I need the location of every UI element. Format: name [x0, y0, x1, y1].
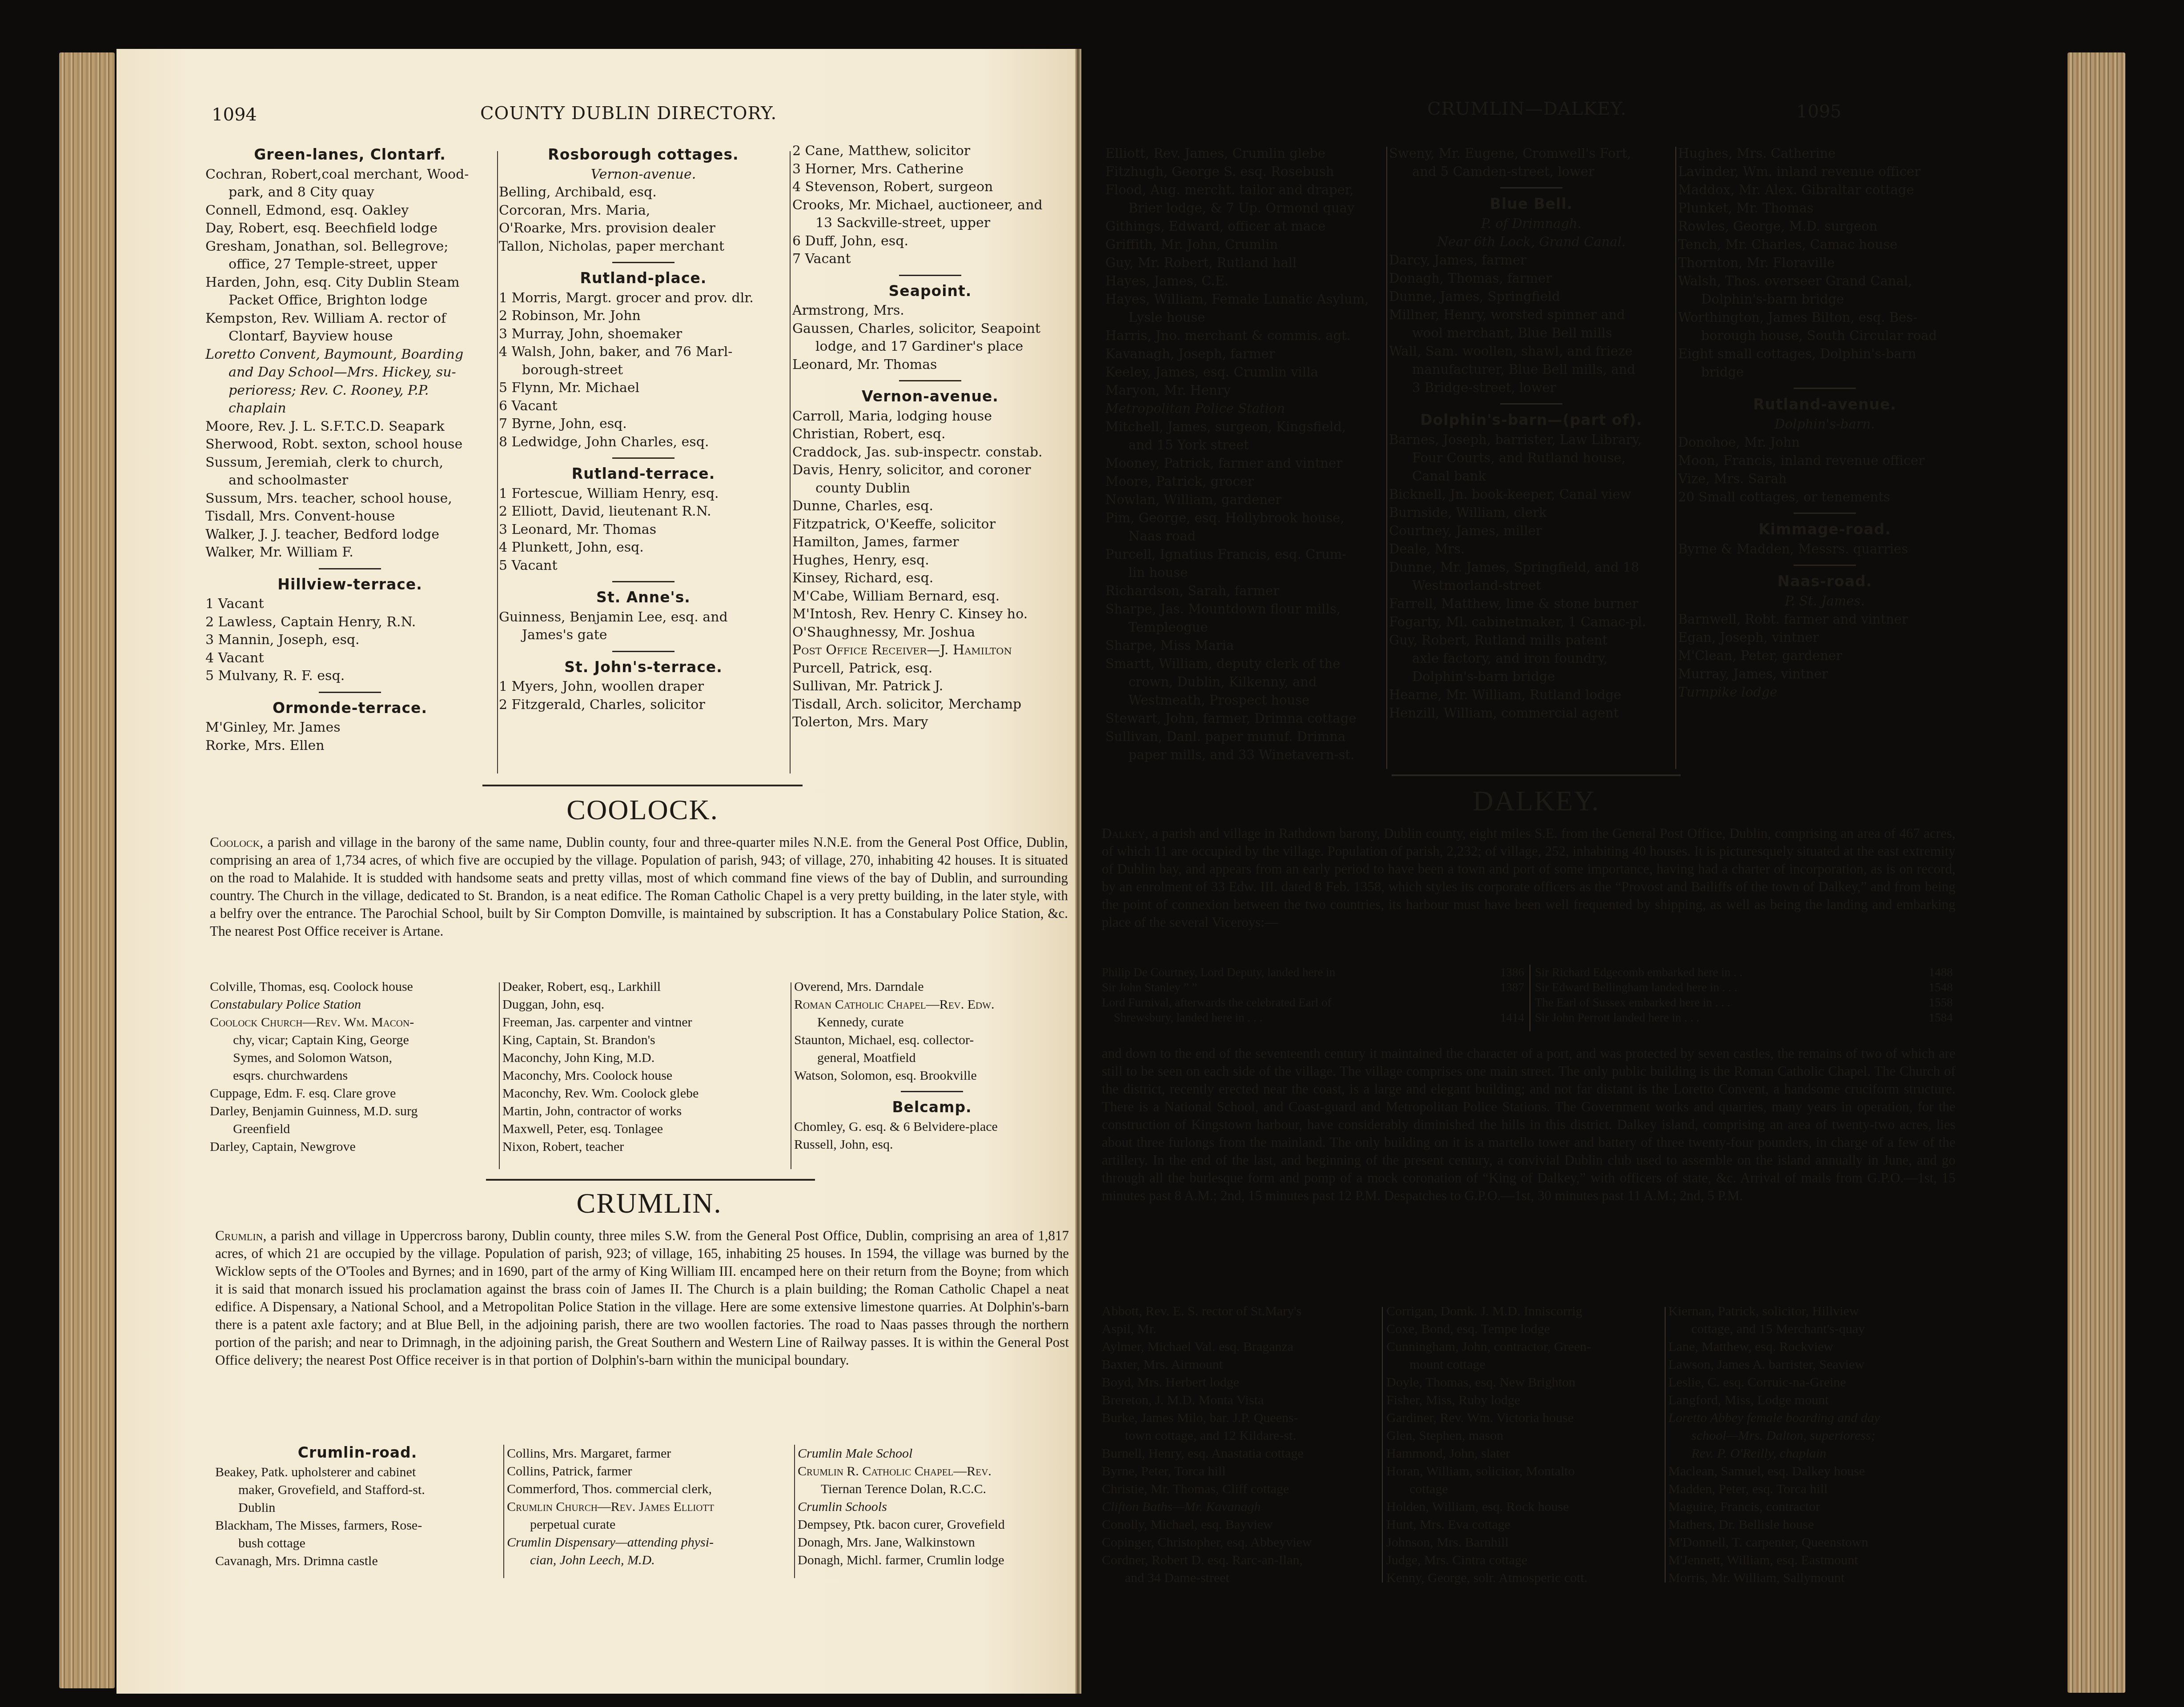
- entry-continuation: maker, Grovefield, and Stafford-st.: [215, 1481, 500, 1499]
- directory-entry: Watson, Solomon, esq. Brookville: [794, 1067, 1070, 1085]
- entry-text: Crumlin Male School: [798, 1445, 1073, 1463]
- directory-entry: Darley, Benjamin Guinness, M.D. surgGree…: [210, 1102, 494, 1138]
- entry-continuation: borough-street: [499, 361, 788, 380]
- directory-entry: Pim, George, esq. Hollybrook house,Naas …: [1105, 509, 1385, 545]
- directory-entry: Tolerton, Mrs. Mary: [792, 713, 1068, 732]
- entry-text: Tench, Mr. Charles, Camac house: [1678, 236, 1971, 254]
- column-divider: [499, 982, 500, 1169]
- entry-text: Crumlin R. Catholic Chapel—Rev.: [798, 1463, 1073, 1480]
- entry-text: Sherwood, Robt. sexton, school house: [205, 436, 494, 454]
- section-rule: [1392, 774, 1681, 776]
- entry-text: O'Roarke, Mrs. provision dealer: [499, 220, 788, 238]
- entry-text: Lavinder, Wm. inland revenue officer: [1678, 163, 1971, 181]
- directory-entry: Egan, Joseph, vintner: [1678, 629, 1971, 647]
- viceroy-year: 1548: [1929, 980, 1953, 995]
- entry-text: Donagh, Michl. farmer, Crumlin lodge: [798, 1551, 1073, 1569]
- section-rule: [486, 1179, 815, 1181]
- directory-entry: Metropolitan Police Station: [1105, 400, 1385, 418]
- directory-entry: Horan, William, solicitor, Montaltocotta…: [1386, 1463, 1662, 1498]
- directory-entry: Johnson, Mrs. Barnhill: [1386, 1534, 1662, 1551]
- entry-text: Loretto Convent, Baymount, Boarding: [205, 346, 494, 364]
- entry-text: Fisher, Miss, Ruby lodge: [1386, 1391, 1662, 1409]
- directory-entry: Fisher, Miss, Ruby lodge: [1386, 1391, 1662, 1409]
- entry-continuation: esqrs. churchwardens: [210, 1067, 494, 1085]
- directory-entry: 1 Morris, Margt. grocer and prov. dlr.: [499, 289, 788, 308]
- entry-text: Egan, Joseph, vintner: [1678, 629, 1971, 647]
- directory-entry: Maclean, Samuel, esq. Dalkey house: [1668, 1463, 1953, 1480]
- entry-text: Harris, Jno. merchant & commis. agt.: [1105, 327, 1385, 345]
- directory-entry: Judge, Mrs. Cintra cottage: [1386, 1551, 1662, 1569]
- directory-entry: 2 Robinson, Mr. John: [499, 307, 788, 325]
- entry-text: 4 Walsh, John, baker, and 76 Marl-: [499, 343, 788, 361]
- entry-text: Donagh, Thomas, farmer: [1389, 269, 1674, 288]
- directory-entry: Maconchy, Rev. Wm. Coolock glebe: [502, 1085, 787, 1102]
- entry-text: Burke, James Milo, bar. J.P. Queens-: [1102, 1409, 1377, 1427]
- viceroy-year: 1387: [1500, 980, 1524, 995]
- entry-text: Crumlin Church—Rev. James Elliott: [507, 1498, 791, 1516]
- directory-entry: Holden, William, esq. Rock house: [1386, 1498, 1662, 1516]
- entry-text: Staunton, Michael, esq. collector-: [794, 1031, 1070, 1049]
- entry-text: Moore, Rev. J. L. S.F.T.C.D. Seapark: [205, 418, 494, 436]
- entry-text: Donohoe, Mr. John: [1678, 433, 1971, 452]
- entry-text: Collins, Patrick, farmer: [507, 1463, 791, 1480]
- entry-text: 1 Fortescue, William Henry, esq.: [499, 485, 788, 503]
- directory-entry: M'Donnell, T. carpenter, Queenstown: [1668, 1534, 1953, 1551]
- entry-text: 2 Fitzgerald, Charles, solicitor: [499, 696, 788, 714]
- entry-text: Smartt, William, deputy clerk of the: [1105, 655, 1385, 673]
- dalkey-column-2: Corrigan, Domk. J. M.D. InniscorrigCoxe,…: [1386, 1302, 1662, 1587]
- directory-entry: Deaker, Robert, esq., Larkhill: [502, 978, 787, 996]
- entry-text: Mathers, Dr. Bellisle house: [1668, 1516, 1953, 1534]
- entry-continuation: and 5 Camden-street, lower: [1389, 163, 1674, 181]
- directory-entry: M'Ginley, Mr. James: [205, 719, 494, 737]
- directory-entry: Guy, Robert, Rutland mills patentaxle fa…: [1389, 631, 1674, 686]
- directory-entry: Sussum, Jeremiah, clerk to church,and sc…: [205, 454, 494, 490]
- entry-continuation: wool merchant, Blue Bell mills: [1389, 324, 1674, 342]
- entry-text: Connell, Edmond, esq. Oakley: [205, 202, 494, 220]
- directory-entry: Copinger, Christopher, esq. Abbeyview: [1102, 1534, 1377, 1551]
- directory-entry: Crumlin R. Catholic Chapel—Rev.Tiernan T…: [798, 1463, 1073, 1498]
- directory-entry: Fitzpatrick, O'Keeffe, solicitor: [792, 516, 1068, 534]
- entry-continuation: Clontarf, Bayview house: [205, 328, 494, 346]
- entry-text: Keeley, James, esq. Crumlin villa: [1105, 363, 1385, 381]
- entry-text: Hughes, Mrs. Catherine: [1678, 144, 1971, 163]
- entry-text: Freeman, Jas. carpenter and vintner: [502, 1014, 787, 1031]
- entry-continuation: county Dublin: [792, 480, 1068, 498]
- directory-entry: Belling, Archibald, esq.: [499, 184, 788, 202]
- entry-text: Deaker, Robert, esq., Larkhill: [502, 978, 787, 996]
- entry-continuation: Brier lodge, & 7 Up. Ormond quay: [1105, 199, 1385, 217]
- entry-text: Moore, Patrick, grocer: [1105, 473, 1385, 491]
- directory-entry: Corcoran, Mrs. Maria,: [499, 202, 788, 220]
- directory-entry: Sullivan, Danl. paper munuf. Drimnapaper…: [1105, 728, 1385, 764]
- entry-text: Langford, Miss, Lodge mount: [1668, 1391, 1953, 1409]
- crumlin-column-3: Crumlin Male SchoolCrumlin R. Catholic C…: [798, 1445, 1073, 1569]
- entry-continuation: 3 Bridge-street, lower: [1389, 379, 1674, 397]
- street-subheading: P. St. James.: [1678, 592, 1971, 610]
- directory-entry: Donagh, Thomas, farmer: [1389, 269, 1674, 288]
- entry-text: Worthington, James Bilton, esq. Bes-: [1678, 309, 1971, 327]
- entry-text: Sussum, Mrs. teacher, school house,: [205, 490, 494, 508]
- directory-entry: Hearne, Mr. William, Rutland lodge: [1389, 686, 1674, 704]
- directory-entry: Barnwell, Robt. farmer and vintner: [1678, 610, 1971, 629]
- viceroy-row: The Earl of Sussex embarked here in . . …: [1535, 995, 1953, 1010]
- directory-entry: Tallon, Nicholas, paper merchant: [499, 238, 788, 256]
- entry-text: Maconchy, John King, M.D.: [502, 1049, 787, 1067]
- viceroy-text: Sir John Perrott landed here in . . .: [1535, 1010, 1699, 1025]
- entry-continuation: park, and 8 City quay: [205, 184, 494, 202]
- entry-text: Carroll, Maria, lodging house: [792, 408, 1068, 426]
- directory-entry: Deale, Mrs.: [1389, 540, 1674, 558]
- entry-text: Stewart, John, farmer, Drimna cottage: [1105, 709, 1385, 728]
- entry-text: Sussum, Jeremiah, clerk to church,: [205, 454, 494, 472]
- entry-text: Guy, Mr. Robert, Rutland hall: [1105, 254, 1385, 272]
- entry-text: Metropolitan Police Station: [1105, 400, 1385, 418]
- crumlin-title: CRUMLIN.: [485, 1187, 814, 1220]
- directory-entry: Moon, Francis, inland revenue officer: [1678, 452, 1971, 470]
- entry-text: 5 Vacant: [499, 557, 788, 575]
- entry-text: M'Cabe, William Bernard, esq.: [792, 588, 1068, 606]
- directory-entry: O'Roarke, Mrs. provision dealer: [499, 220, 788, 238]
- directory-entry: 3 Horner, Mrs. Catherine: [792, 160, 1068, 179]
- directory-entry: Lawson, James A. barrister, Seaview: [1668, 1356, 1953, 1374]
- entry-text: 1 Vacant: [205, 595, 494, 613]
- entry-text: Aylmer, Michael Val. esq. Braganza: [1102, 1338, 1377, 1356]
- entry-continuation: James's gate: [499, 626, 788, 645]
- entry-text: 7 Vacant: [792, 250, 1068, 268]
- entry-text: Purcell, Ignatius Francis, esq. Crum-: [1105, 545, 1385, 564]
- section-divider: [899, 275, 961, 276]
- directory-entry: Tench, Mr. Charles, Camac house: [1678, 236, 1971, 254]
- directory-entry: Flood, Aug. mercht. tailor and draper,Br…: [1105, 181, 1385, 217]
- entry-text: Maconchy, Rev. Wm. Coolock glebe: [502, 1085, 787, 1102]
- entry-text: Donagh, Mrs. Jane, Walkinstown: [798, 1534, 1073, 1551]
- entry-text: Belling, Archibald, esq.: [499, 184, 788, 202]
- street-heading: Rutland-avenue.: [1678, 395, 1971, 413]
- entry-text: Harden, John, esq. City Dublin Steam: [205, 274, 494, 292]
- entry-continuation: Westmorland-street: [1389, 577, 1674, 595]
- entry-continuation: crown, Dublin, Kilkenny, and: [1105, 673, 1385, 691]
- entry-text: Maconchy, Mrs. Coolock house: [502, 1067, 787, 1085]
- section-divider: [1794, 513, 1856, 514]
- directory-entry: M'Jennett, William, esq. Eastmount: [1668, 1551, 1953, 1569]
- directory-entry: Crumlin Church—Rev. James Elliottperpetu…: [507, 1498, 791, 1534]
- entry-text: Holden, William, esq. Rock house: [1386, 1498, 1662, 1516]
- entry-text: Mooney, Patrick, farmer and vintner: [1105, 454, 1385, 473]
- entry-text: Copinger, Christopher, esq. Abbeyview: [1102, 1534, 1377, 1551]
- entry-text: Tolerton, Mrs. Mary: [792, 713, 1068, 732]
- right-page-edges: [2068, 52, 2125, 1693]
- directory-entry: M'Clean, Peter, gardener: [1678, 647, 1971, 665]
- directory-entry: Langford, Miss, Lodge mount: [1668, 1391, 1953, 1409]
- viceroy-year: 1386: [1500, 965, 1524, 980]
- directory-entry: Nowlan, William, gardener: [1105, 491, 1385, 509]
- dalkey-column-3: Kiernan, Patrick, solicitor, Hillviewcot…: [1668, 1302, 1953, 1587]
- directory-entry: Martin, John, contractor of works: [502, 1102, 787, 1120]
- coolock-description: Coolock, a parish and village in the bar…: [210, 833, 1068, 940]
- directory-entry: Walker, J. J. teacher, Bedford lodge: [205, 526, 494, 544]
- entry-text: Blackham, The Misses, farmers, Rose-: [215, 1517, 500, 1535]
- entry-continuation: Dolphin's-barn bridge: [1678, 290, 1971, 309]
- entry-text: Constabulary Police Station: [210, 996, 494, 1014]
- crumlin-lead: Crumlin: [215, 1228, 263, 1243]
- directory-entry: Guy, Mr. Robert, Rutland hall: [1105, 254, 1385, 272]
- entry-text: Doyle, Thomas, esq. New Brighton: [1386, 1374, 1662, 1391]
- entry-text: Tisdall, Mrs. Convent-house: [205, 508, 494, 526]
- viceroy-text: Lord Furnival, afterwards the celebrated…: [1102, 995, 1332, 1010]
- directory-entry: 2 Cane, Matthew, solicitor: [792, 142, 1068, 160]
- section-divider: [899, 380, 961, 381]
- viceroy-year: 1488: [1929, 965, 1953, 980]
- directory-entry: Rorke, Mrs. Ellen: [205, 737, 494, 755]
- directory-entry: Fogarty, Ml. cabinetmaker, 1 Camac-pl.: [1389, 613, 1674, 631]
- directory-entry: 5 Mulvany, R. F. esq.: [205, 667, 494, 685]
- directory-entry: Richardson, Sarah, farmer: [1105, 582, 1385, 600]
- street-heading: St. John's-terrace.: [499, 658, 788, 677]
- entry-text: 3 Murray, John, shoemaker: [499, 325, 788, 344]
- directory-entry: 2 Lawless, Captain Henry, R.N.: [205, 613, 494, 632]
- coolock-column-1: Colville, Thomas, esq. Coolock houseCons…: [210, 978, 494, 1156]
- entry-text: Dempsey, Ptk. bacon curer, Grovefield: [798, 1516, 1073, 1534]
- left-top-column-2: Rosborough cottages.Vernon-avenue.Bellin…: [499, 142, 788, 714]
- entry-text: Walsh, Thos. overseer Grand Canal,: [1678, 272, 1971, 290]
- directory-entry: Carroll, Maria, lodging house: [792, 408, 1068, 426]
- directory-entry: Cochran, Robert,coal merchant, Wood-park…: [205, 166, 494, 202]
- entry-text: Boyd, Mrs. Herbert lodge: [1102, 1374, 1377, 1391]
- entry-text: Craddock, Jas. sub-inspectr. constab.: [792, 444, 1068, 462]
- directory-entry: Leonard, Mr. Thomas: [792, 356, 1068, 374]
- street-heading: Kimmage-road.: [1678, 520, 1971, 538]
- entry-text: 2 Cane, Matthew, solicitor: [792, 142, 1068, 160]
- directory-entry: 7 Byrne, John, esq.: [499, 415, 788, 433]
- entry-text: Corrigan, Domk. J. M.D. Inniscorrig: [1386, 1302, 1662, 1320]
- entry-text: Githings, Edward, officer at mace: [1105, 217, 1385, 236]
- entry-text: Gresham, Jonathan, sol. Bellegrove;: [205, 238, 494, 256]
- entry-text: Cochran, Robert,coal merchant, Wood-: [205, 166, 494, 184]
- directory-entry: Darcy, James, farmer: [1389, 251, 1674, 269]
- directory-entry: Cunningham, John, contractor, Green-moun…: [1386, 1338, 1662, 1374]
- entry-text: Conolly, Michael, esq. Bayview: [1102, 1516, 1377, 1534]
- street-subheading: Near 6th Lock, Grand Canal.: [1389, 233, 1674, 251]
- entry-continuation: 13 Sackville-street, upper: [792, 214, 1068, 232]
- viceroy-text: Sir Edward Bellingham landed here in . .…: [1535, 980, 1737, 995]
- entry-text: Leonard, Mr. Thomas: [792, 356, 1068, 374]
- entry-text: Tallon, Nicholas, paper merchant: [499, 238, 788, 256]
- column-divider: [1382, 1307, 1383, 1583]
- directory-entry: Sherwood, Robt. sexton, school house: [205, 436, 494, 454]
- directory-entry: Murray, James, vintner: [1678, 665, 1971, 683]
- directory-entry: Eight small cottages, Dolphin's-barnbrid…: [1678, 345, 1971, 381]
- directory-entry: Crooks, Mr. Michael, auctioneer, and13 S…: [792, 196, 1068, 232]
- entry-continuation: lin house: [1105, 564, 1385, 582]
- entry-text: Henzill, William, commercial agent: [1389, 704, 1674, 722]
- directory-entry: Dunne, Mr. James, Springfield, and 18Wes…: [1389, 558, 1674, 595]
- viceroy-row: Sir Richard Edgecomb embarked here in . …: [1535, 965, 1953, 980]
- directory-entry: Loretto Abbey female boarding and daysch…: [1668, 1409, 1953, 1463]
- entry-text: M'Intosh, Rev. Henry C. Kinsey ho.: [792, 605, 1068, 624]
- entry-text: Lane, Matthew, esq. Rockview: [1668, 1338, 1953, 1356]
- crumlin-description: Crumlin, a parish and village in Uppercr…: [215, 1227, 1069, 1369]
- entry-continuation: Four Courts, and Rutland house,: [1389, 449, 1674, 467]
- entry-text: Roman Catholic Chapel—Rev. Edw.: [794, 996, 1070, 1014]
- viceroys-list-right: Sir Richard Edgecomb embarked here in . …: [1535, 965, 1953, 1025]
- directory-entry: Beakey, Patk. upholsterer and cabinetmak…: [215, 1463, 500, 1517]
- entry-continuation: bush cottage: [215, 1535, 500, 1552]
- column-divider: [497, 151, 498, 773]
- entry-continuation: paper mills, and 33 Winetavern-st.: [1105, 746, 1385, 764]
- directory-entry: 1 Myers, John, woollen draper: [499, 678, 788, 696]
- directory-entry: M'Intosh, Rev. Henry C. Kinsey ho.: [792, 605, 1068, 624]
- directory-entry: 6 Vacant: [499, 397, 788, 416]
- directory-entry: 1 Fortescue, William Henry, esq.: [499, 485, 788, 503]
- directory-entry: Baxter, Mrs. Airmount: [1102, 1356, 1377, 1374]
- entry-text: Eight small cottages, Dolphin's-barn: [1678, 345, 1971, 363]
- directory-entry: Purcell, Patrick, esq.: [792, 660, 1068, 678]
- directory-entry: Freeman, Jas. carpenter and vintner: [502, 1014, 787, 1031]
- directory-entry: Blackham, The Misses, farmers, Rose-bush…: [215, 1517, 500, 1552]
- entry-text: Beakey, Patk. upholsterer and cabinet: [215, 1463, 500, 1481]
- entry-continuation: Packet Office, Brighton lodge: [205, 292, 494, 310]
- entry-text: Aspil, Mr.: [1102, 1320, 1377, 1338]
- directory-entry: Bicknell, Jn. book-keeper, Canal view: [1389, 485, 1674, 504]
- directory-entry: Overend, Mrs. Darndale: [794, 978, 1070, 996]
- directory-entry: Elliott, Rev. James, Crumlin glebe: [1105, 144, 1385, 163]
- entry-text: Horan, William, solicitor, Montalto: [1386, 1463, 1662, 1480]
- left-top-column-3: 2 Cane, Matthew, solicitor3 Horner, Mrs.…: [792, 142, 1068, 732]
- directory-entry: Sharpe, Jas. Mountdown flour mills,Templ…: [1105, 600, 1385, 637]
- directory-entry: Stewart, John, farmer, Drimna cottage: [1105, 709, 1385, 728]
- entry-text: Fitzhugh, George S. esq. Rosebush: [1105, 163, 1385, 181]
- left-running-head: COUNTY DUBLIN DIRECTORY.: [480, 103, 777, 124]
- directory-entry: Crumlin Dispensary—attending physi-cian,…: [507, 1534, 791, 1569]
- entry-text: Davis, Henry, solicitor, and coroner: [792, 461, 1068, 480]
- entry-text: M'Jennett, William, esq. Eastmount: [1668, 1551, 1953, 1569]
- entry-text: Sweny, Mr. Eugene, Cromwell's Fort,: [1389, 144, 1674, 163]
- entry-continuation: cottage: [1386, 1480, 1662, 1498]
- entry-text: Bicknell, Jn. book-keeper, Canal view: [1389, 485, 1674, 504]
- directory-entry: Farrell, Matthew, lime & stone burner: [1389, 595, 1674, 613]
- directory-entry: Russell, John, esq.: [794, 1136, 1070, 1154]
- entry-text: Guy, Robert, Rutland mills patent: [1389, 631, 1674, 649]
- section-divider: [612, 457, 674, 459]
- directory-entry: 6 Duff, John, esq.: [792, 232, 1068, 251]
- directory-entry: Loretto Convent, Baymount, Boardingand D…: [205, 346, 494, 418]
- entry-text: Thornton, Mr. Floraville: [1678, 254, 1971, 272]
- column-divider: [503, 1445, 504, 1578]
- directory-entry: Dunne, James, Springfield: [1389, 288, 1674, 306]
- entry-text: Millner, Henry, worsted spinner and: [1389, 306, 1674, 324]
- directory-entry: Post Office Receiver—J. Hamilton: [792, 641, 1068, 660]
- entry-text: Day, Robert, esq. Beechfield lodge: [205, 220, 494, 238]
- entry-text: 5 Mulvany, R. F. esq.: [205, 667, 494, 685]
- directory-entry: Mitchell, James, surgeon, Kingsfield,and…: [1105, 418, 1385, 454]
- directory-entry: Christie, Mr. Thomas, Cliff cottage: [1102, 1480, 1377, 1498]
- coolock-lead: Coolock: [210, 834, 260, 850]
- entry-text: Tisdall, Arch. solicitor, Merchamp: [792, 696, 1068, 714]
- entry-text: Crumlin Dispensary—attending physi-: [507, 1534, 791, 1551]
- directory-entry: 4 Vacant: [205, 649, 494, 668]
- entry-text: Hearne, Mr. William, Rutland lodge: [1389, 686, 1674, 704]
- viceroy-text: Sir Richard Edgecomb embarked here in . …: [1535, 965, 1742, 980]
- entry-text: Russell, John, esq.: [794, 1136, 1070, 1154]
- entry-text: Kavanagh, Joseph, farmer: [1105, 345, 1385, 363]
- entry-text: Walker, Mr. William F.: [205, 544, 494, 562]
- entry-continuation: perpetual curate: [507, 1516, 791, 1534]
- directory-entry: Fitzhugh, George S. esq. Rosebush: [1105, 163, 1385, 181]
- entry-text: Colville, Thomas, esq. Coolock house: [210, 978, 494, 996]
- directory-entry: Kenny, George, solr. Atmosperic cott.: [1386, 1569, 1662, 1587]
- entry-text: Kiernan, Patrick, solicitor, Hillview: [1668, 1302, 1953, 1320]
- entry-text: 2 Elliott, David, lieutenant R.N.: [499, 503, 788, 521]
- entry-continuation: Kennedy, curate: [794, 1014, 1070, 1031]
- entry-text: Fitzpatrick, O'Keeffe, solicitor: [792, 516, 1068, 534]
- directory-entry: Griffith, Mr. John, Crumlin: [1105, 236, 1385, 254]
- street-heading: Ormonde-terrace.: [205, 699, 494, 717]
- entry-text: Sharpe, Jas. Mountdown flour mills,: [1105, 600, 1385, 618]
- directory-entry: Hunt, Mrs. Eva cottage: [1386, 1516, 1662, 1534]
- column-divider: [1386, 147, 1387, 769]
- section-divider: [901, 1091, 963, 1092]
- entry-text: 7 Byrne, John, esq.: [499, 415, 788, 433]
- directory-entry: Smartt, William, deputy clerk of thecrow…: [1105, 655, 1385, 709]
- directory-entry: M'Cabe, William Bernard, esq.: [792, 588, 1068, 606]
- directory-entry: 3 Murray, John, shoemaker: [499, 325, 788, 344]
- section-divider: [319, 692, 381, 693]
- crumlin-column-2: Collins, Mrs. Margaret, farmerCollins, P…: [507, 1445, 791, 1569]
- street-heading: Crumlin-road.: [215, 1444, 500, 1462]
- directory-entry: Rowles, George, M.D. surgeon: [1678, 217, 1971, 236]
- entry-text: Maryon, Mr. Henry: [1105, 381, 1385, 400]
- entry-text: Farrell, Matthew, lime & stone burner: [1389, 595, 1674, 613]
- directory-entry: Purcell, Ignatius Francis, esq. Crum-lin…: [1105, 545, 1385, 582]
- entry-continuation: bridge: [1678, 363, 1971, 381]
- entry-text: Burnside, William, clerk: [1389, 504, 1674, 522]
- column-divider: [1675, 147, 1676, 769]
- directory-entry: Clifton Baths—Mr. Kavanagh: [1102, 1498, 1377, 1516]
- entry-continuation: and 34 Dame-street: [1102, 1569, 1377, 1587]
- entry-continuation: axle factory, and iron foundry,: [1389, 649, 1674, 668]
- directory-entry: Morris, Mr. William, Sallymount: [1668, 1569, 1953, 1587]
- directory-entry: Hayes, William, Female Lunatic Asylum,Ly…: [1105, 290, 1385, 327]
- viceroy-row: Lord Furnival, afterwards the celebrated…: [1102, 995, 1524, 1010]
- viceroy-text: The Earl of Sussex embarked here in . . …: [1535, 995, 1730, 1010]
- entry-text: Hunt, Mrs. Eva cottage: [1386, 1516, 1662, 1534]
- street-heading: Naas-road.: [1678, 572, 1971, 590]
- directory-entry: Collins, Mrs. Margaret, farmer: [507, 1445, 791, 1463]
- entry-text: Byrne & Madden, Messrs. quarries: [1678, 540, 1971, 558]
- entry-text: 6 Vacant: [499, 397, 788, 416]
- directory-entry: Dempsey, Ptk. bacon curer, Grovefield: [798, 1516, 1073, 1534]
- viceroy-row: Philip De Courtney, Lord Deputy, landed …: [1102, 965, 1524, 980]
- directory-entry: Guinness, Benjamin Lee, esq. andJames's …: [499, 609, 788, 645]
- directory-entry: Cavanagh, Mrs. Drimna castle: [215, 1552, 500, 1570]
- entry-text: Gardiner, Rev. Wm. Victoria house: [1386, 1409, 1662, 1427]
- directory-entry: Craddock, Jas. sub-inspectr. constab.: [792, 444, 1068, 462]
- directory-entry: Abbott, Rev. E. S. rector of St.Mary's: [1102, 1302, 1377, 1320]
- entry-continuation: manufacturer, Blue Bell mills, and: [1389, 361, 1674, 379]
- directory-entry: 3 Mannin, Joseph, esq.: [205, 631, 494, 649]
- entry-text: Hayes, James, C.E.: [1105, 272, 1385, 290]
- entry-continuation: and Day School—Mrs. Hickey, su-: [205, 364, 494, 382]
- entry-text: 2 Lawless, Captain Henry, R.N.: [205, 613, 494, 632]
- right-top-column-3: Hughes, Mrs. CatherineLavinder, Wm. inla…: [1678, 144, 1971, 701]
- left-top-column-1: Green-lanes, Clontarf.Cochran, Robert,co…: [205, 142, 494, 755]
- column-divider: [1530, 965, 1530, 1031]
- entry-text: 5 Flynn, Mr. Michael: [499, 379, 788, 397]
- directory-entry: King, Captain, St. Brandon's: [502, 1031, 787, 1049]
- entry-text: 8 Ledwidge, John Charles, esq.: [499, 433, 788, 452]
- directory-entry: Maxwell, Peter, esq. Tonlagee: [502, 1120, 787, 1138]
